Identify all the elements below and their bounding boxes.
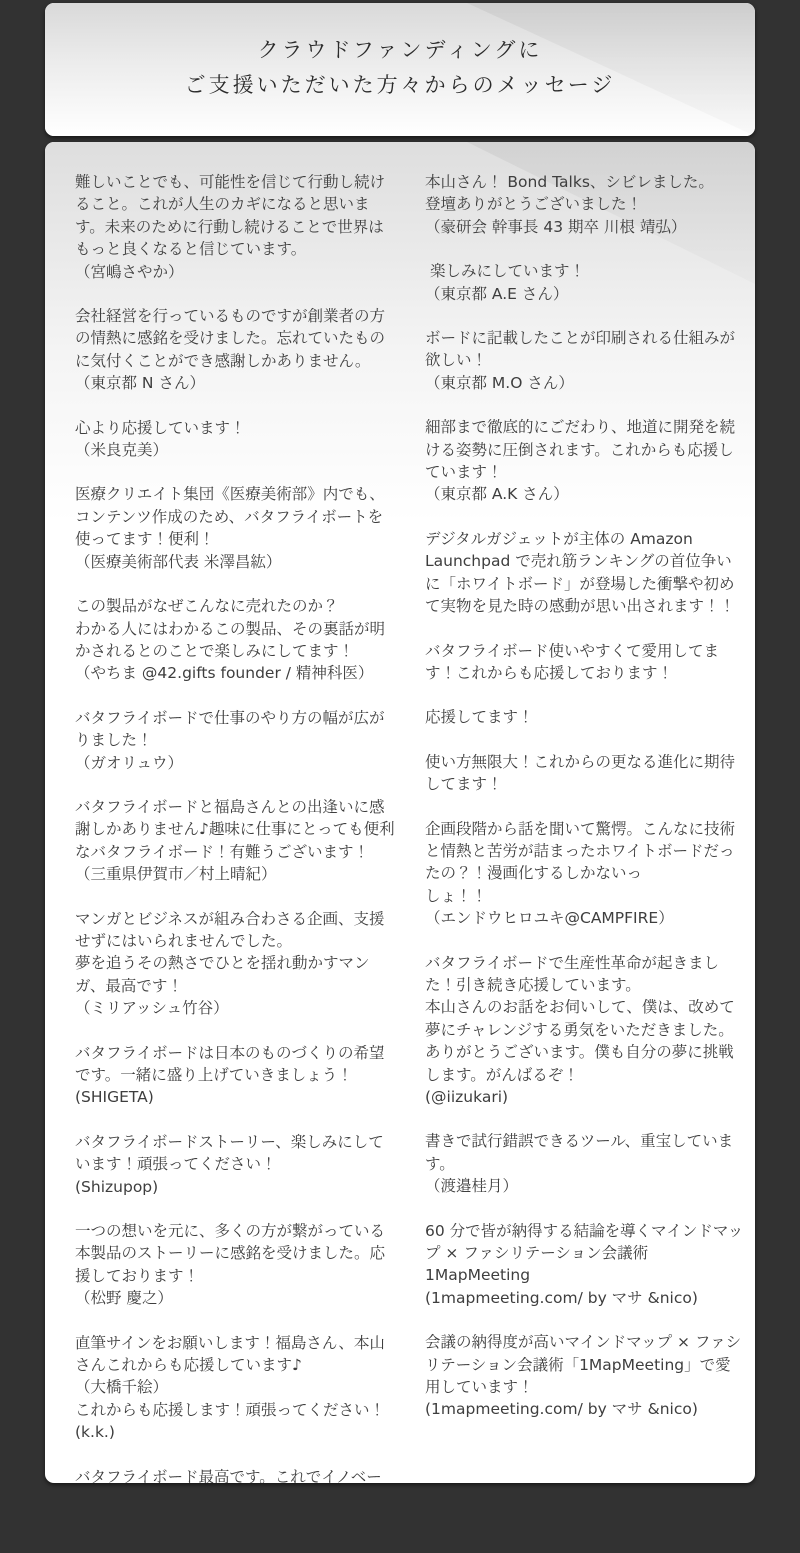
message: バタフライボードは日本のものづくりの希望です。一緒に盛り上げていきましょう！ (… — [75, 1042, 395, 1109]
page-title-line-1: クラウドファンディングに — [45, 33, 755, 68]
message: バタフライボードストーリー、楽しみにしています！頑張ってください！ (Shizu… — [75, 1131, 395, 1198]
message: 60 分で皆が納得する結論を導くマインドマップ × ファシリテーション会議術 1… — [425, 1220, 745, 1310]
messages-column-left: 難しいことでも、可能性を信じて行動し続けること。これが人生のカギになると思います… — [75, 171, 395, 1483]
message: ボードに記載したことが印刷される仕組みが欲しい！ （東京都 M.O さん） — [425, 327, 745, 394]
message: 書きで試行錯誤できるツール、重宝しています。 （渡邉桂月） — [425, 1130, 745, 1197]
page-title: クラウドファンディングに ご支援いただいた方々からのメッセージ — [45, 3, 755, 103]
message: 応援してます！ — [425, 706, 745, 728]
title-card: クラウドファンディングに ご支援いただいた方々からのメッセージ — [45, 3, 755, 136]
message: 会社経営を行っているものですが創業者の方の情熱に感銘を受けました。忘れていたもの… — [75, 305, 395, 395]
message: マンガとビジネスが組み合わさる企画、支援せずにはいられませんでした。 夢を追うそ… — [75, 908, 395, 1020]
message: 心より応援しています！ （米良克美） — [75, 417, 395, 462]
message: デジタルガジェットが主体の Amazon Launchpad で売れ筋ランキング… — [425, 528, 745, 618]
message: 医療クリエイト集団《医療美術部》内でも、コンテンツ作成のため、バタフライボートを… — [75, 483, 395, 573]
message: 企画段階から話を聞いて驚愕。こんなに技術と情熱と苦労が詰まったホワイトボードだっ… — [425, 818, 745, 930]
message: 難しいことでも、可能性を信じて行動し続けること。これが人生のカギになると思います… — [75, 171, 395, 283]
message: 細部まで徹底的にごだわり、地道に開発を続ける姿勢に圧倒されます。これからも応援し… — [425, 416, 745, 506]
page-title-line-2: ご支援いただいた方々からのメッセージ — [45, 68, 755, 103]
message: 本山さん！ Bond Talks、シビレました。 登壇ありがとうございました！ … — [425, 171, 745, 238]
message: この製品がなぜこんなに売れたのか？ わかる人にはわかるこの製品、その裏話が明かさ… — [75, 595, 395, 685]
messages-columns: 難しいことでも、可能性を信じて行動し続けること。これが人生のカギになると思います… — [45, 142, 755, 1483]
message: 会議の納得度が高いマインドマップ × ファシリテーション会議術「1MapMeet… — [425, 1331, 745, 1421]
message: 一つの想いを元に、多くの方が繋がっている本製品のストーリーに感銘を受けました。応… — [75, 1220, 395, 1310]
message: バタフライボードで仕事のやり方の幅が広がりました！ （ガオリュウ） — [75, 707, 395, 774]
message: バタフライボードで生産性革命が起きました！引き続き応援しています。 本山さんのお… — [425, 952, 745, 1109]
message: 使い方無限大！これからの更なる進化に期待してます！ — [425, 751, 745, 796]
messages-column-right: 本山さん！ Bond Talks、シビレました。 登壇ありがとうございました！ … — [425, 171, 745, 1483]
message: 直筆サインをお願いします！福島さん、本山さんこれからも応援しています♪ （大橋千… — [75, 1332, 395, 1444]
message: バタフライボードと福島さんとの出逢いに感謝しかありません♪趣味に仕事にとっても便… — [75, 796, 395, 886]
messages-card: 難しいことでも、可能性を信じて行動し続けること。これが人生のカギになると思います… — [45, 142, 755, 1483]
message: 楽しみにしています！ （東京都 A.E さん） — [425, 260, 745, 305]
message: バタフライボード最高です。これでイノベーション起こします！！ （神奈川県 H,M… — [75, 1466, 395, 1483]
message: バタフライボード使いやすくて愛用してます！これからも応援しております！ — [425, 640, 745, 685]
